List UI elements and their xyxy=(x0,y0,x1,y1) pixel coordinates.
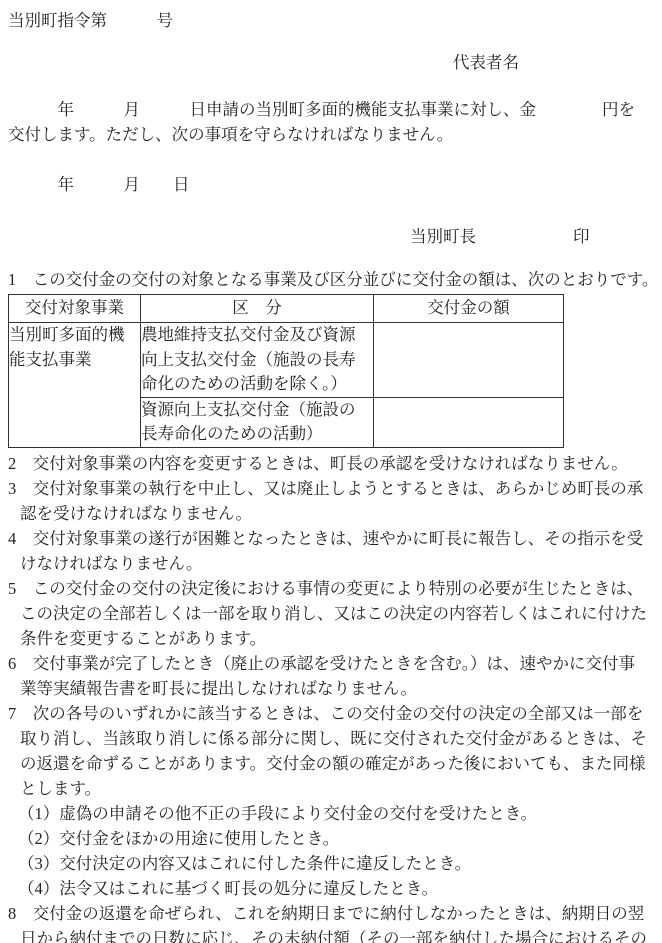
col-header-category: 区 分 xyxy=(141,295,374,323)
col-header-project: 交付対象事業 xyxy=(9,295,141,323)
term-line: 取り消し、当該取り消しに係る部分に関し、既に交付された交付金があるときは、そ xyxy=(20,726,662,751)
term-item: （2）交付金をほかの用途に使用したとき。 xyxy=(8,826,662,851)
term-item: 8 交付金の返還を命ぜられ、これを納期日までに納付しなかったときは、納期日の翌日… xyxy=(8,901,662,943)
category-cell-2: 資源向上支払交付金（施設の長寿命化のための活動） xyxy=(141,397,374,447)
term-item: （1）虚偽の申請その他不正の手段により交付金の交付を受けたとき。 xyxy=(8,801,662,826)
term-line: けなければなりません。 xyxy=(20,551,662,576)
term-line: この決定の全部若しくは一部を取り消し、又はこの決定の内容若しくはこれに付けた xyxy=(20,601,662,626)
project-name-cell: 当別町多面的機能支払事業 xyxy=(9,323,141,448)
cell-line: 当別町多面的機 xyxy=(9,323,140,348)
cell-line: 向上支払交付金（施設の長寿 xyxy=(141,348,373,373)
issue-date-blank: 年 月 日 xyxy=(8,172,662,197)
term-line: とします。 xyxy=(20,776,662,801)
term-line: 3 交付対象事業の執行を中止し、又は廃止しようとするときは、あらかじめ町長の承 xyxy=(8,476,662,501)
term-item: 6 交付事業が完了したとき（廃止の承認を受けたときを含む。）は、速やかに交付事業… xyxy=(8,651,662,701)
term-line: 4 交付対象事業の遂行が困難となったときは、速やかに町長に報告し、その指示を受 xyxy=(8,526,662,551)
term-line: 5 この交付金の交付の決定後における事情の変更により特別の必要が生じたときは、 xyxy=(8,576,662,601)
amount-cell-1 xyxy=(374,323,564,398)
term-item: 4 交付対象事業の遂行が困難となったときは、速やかに町長に報告し、その指示を受け… xyxy=(8,526,662,576)
term-line: （2）交付金をほかの用途に使用したとき。 xyxy=(18,826,662,851)
term-item: 7 次の各号のいずれかに該当するときは、この交付金の交付の決定の全部又は一部を取… xyxy=(8,701,662,801)
term-line: 2 交付対象事業の内容を変更するときは、町長の承認を受けなければなりません。 xyxy=(8,451,662,476)
term-line: 日から納付までの日数に応じ、その未納付額（その一部を納付した場合におけるその xyxy=(20,926,662,943)
cell-line: 長寿命化のための活動） xyxy=(141,422,373,447)
term-line: 7 次の各号のいずれかに該当するときは、この交付金の交付の決定の全部又は一部を xyxy=(8,701,662,726)
intro-line-2: 交付します。ただし、次の事項を守らなければなりません。 xyxy=(8,122,662,147)
term-line: 認を受けなければなりません。 xyxy=(20,501,662,526)
cell-line: 資源向上支払交付金（施設の xyxy=(141,398,373,423)
cell-line: 農地維持支払交付金及び資源 xyxy=(141,323,373,348)
term-item: 5 この交付金の交付の決定後における事情の変更により特別の必要が生じたときは、こ… xyxy=(8,576,662,651)
directive-number-line: 当別町指令第 号 xyxy=(8,8,662,33)
document-page: { "header": { "directive_no": "当別町指令第 号"… xyxy=(0,0,662,943)
amount-cell-2 xyxy=(374,397,564,447)
signature-line: 当別町長印 xyxy=(8,224,662,249)
intro-line-1: 年 月 日申請の当別町多面的機能支払事業に対し、金 円を xyxy=(8,97,662,122)
term-line: 8 交付金の返還を命ぜられ、これを納期日までに納付しなかったときは、納期日の翌 xyxy=(8,901,662,926)
term-line: 業等実績報告書を町長に提出しなければなりません。 xyxy=(20,676,662,701)
term-item: （4）法令又はこれに基づく町長の処分に違反したとき。 xyxy=(8,876,662,901)
table-row: 当別町多面的機能支払事業 農地維持支払交付金及び資源向上支払交付金（施設の長寿命… xyxy=(9,323,564,398)
term-line: 条件を変更することがあります。 xyxy=(20,626,662,651)
term-line: （4）法令又はこれに基づく町長の処分に違反したとき。 xyxy=(18,876,662,901)
term-line: （3）交付決定の内容又はこれに付した条件に違反したとき。 xyxy=(18,851,662,876)
terms-list: 2 交付対象事業の内容を変更するときは、町長の承認を受けなければなりません。3 … xyxy=(8,451,662,943)
term-item: 2 交付対象事業の内容を変更するときは、町長の承認を受けなければなりません。 xyxy=(8,451,662,476)
term-item-1: 1 この交付金の交付の対象となる事業及び区分並びに交付金の額は、次のとおりです。 xyxy=(8,267,662,292)
grant-table: 交付対象事業 区 分 交付金の額 当別町多面的機能支払事業 農地維持支払交付金及… xyxy=(8,294,564,448)
page-body: 当別町指令第 号 代表者名 年 月 日申請の当別町多面的機能支払事業に対し、金 … xyxy=(0,0,662,943)
term-line: 6 交付事業が完了したとき（廃止の承認を受けたときを含む。）は、速やかに交付事 xyxy=(8,651,662,676)
cell-line: 命化のための活動を除く。） xyxy=(141,372,373,397)
mayor-title: 当別町長 xyxy=(410,227,476,246)
seal-mark: 印 xyxy=(573,227,590,246)
term-line: （1）虚偽の申請その他不正の手段により交付金の交付を受けたとき。 xyxy=(18,801,662,826)
category-cell-1: 農地維持支払交付金及び資源向上支払交付金（施設の長寿命化のための活動を除く。） xyxy=(141,323,374,398)
term-item: 3 交付対象事業の執行を中止し、又は廃止しようとするときは、あらかじめ町長の承認… xyxy=(8,476,662,526)
cell-line: 能支払事業 xyxy=(9,348,140,373)
col-header-amount: 交付金の額 xyxy=(374,295,564,323)
representative-name-label: 代表者名 xyxy=(8,50,662,75)
term-item: （3）交付決定の内容又はこれに付した条件に違反したとき。 xyxy=(8,851,662,876)
table-header-row: 交付対象事業 区 分 交付金の額 xyxy=(9,295,564,323)
term-line: の返還を命ずることがあります。交付金の額の確定があった後においても、また同様 xyxy=(20,751,662,776)
